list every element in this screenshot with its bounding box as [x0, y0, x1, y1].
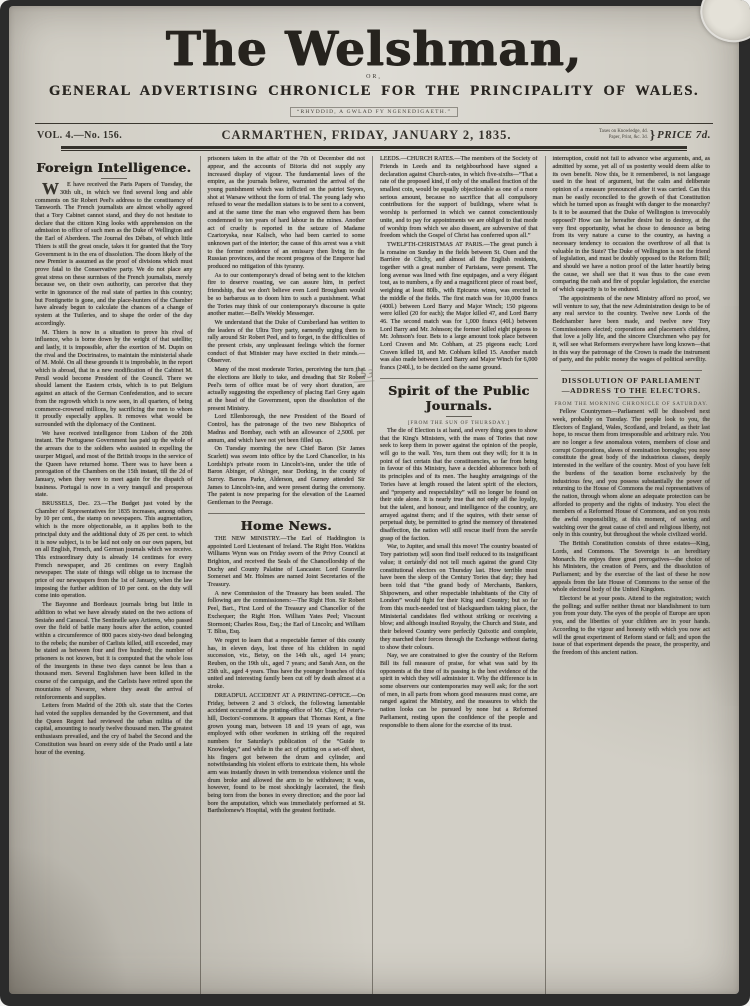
- tax-note-line2: Paper, Print, &c. 3d.: [599, 135, 648, 141]
- page-columns: Foreign Intelligence.WE have received th…: [35, 156, 717, 994]
- article-paragraph: interruption, could not fail to advance …: [553, 156, 711, 295]
- article-paragraph: We regret to learn that a respectable fa…: [208, 638, 366, 692]
- section-head: Foreign Intelligence.: [35, 160, 193, 175]
- article-paragraph: Lord Ellenborough, the new President of …: [208, 414, 366, 445]
- article-paragraph: WE have received the Paris Papers of Tue…: [35, 182, 193, 328]
- heading-rule: [618, 397, 644, 398]
- article-paragraph: The appointments of the new Ministry aff…: [553, 296, 711, 365]
- source-line: FROM THE MORNING CHRONICLE OF SATURDAY.: [553, 401, 711, 407]
- article-paragraph: M. Thiers is now in a situation to prove…: [35, 330, 193, 430]
- pencil-mark-152: 152: [413, 555, 431, 566]
- article-paragraph: Fellow Countrymen—Parliament will be dis…: [553, 409, 711, 540]
- dateline: VOL. 4.—No. 156. CARMARTHEN, FRIDAY, JAN…: [35, 123, 713, 151]
- article-paragraph: A new Commission of the Treasury has bee…: [208, 591, 366, 637]
- section-head: Spirit of the Public Journals.: [380, 378, 538, 413]
- volume-number: VOL. 4.—No. 156.: [37, 130, 187, 141]
- masthead-thin-rule: [61, 150, 687, 151]
- article-paragraph: We understand that the Duke of Cumberlan…: [208, 320, 366, 366]
- article-paragraph: Letters from Madrid of the 20th ult. sta…: [35, 703, 193, 757]
- publication-dateline: CARMARTHEN, FRIDAY, JANUARY 2, 1835.: [187, 128, 546, 143]
- column-2: prisoners taken in the affair of the 7th…: [200, 156, 373, 994]
- source-line: [FROM THE SUN OF THURSDAY.]: [380, 420, 538, 426]
- newspaper-title: The Welshman,: [9, 28, 739, 72]
- article-paragraph: Many of the most moderate Tories, percei…: [208, 367, 366, 413]
- article-paragraph: We have received intelligence from Lisbo…: [35, 431, 193, 500]
- article-paragraph: On Tuesday morning the new Chief Baron (…: [208, 446, 366, 508]
- masthead-thick-rule: [61, 146, 687, 149]
- article-paragraph: The die of Election is at hand, and ever…: [380, 428, 538, 544]
- pencil-mark-153: 153: [353, 367, 375, 382]
- heading-rule: [446, 416, 472, 417]
- article-paragraph: LEEDS.—CHURCH RATES.—The members of the …: [380, 156, 538, 241]
- masthead-or-label: OR,: [9, 74, 739, 80]
- article-paragraph: prisoners taken in the affair of the 7th…: [208, 156, 366, 272]
- article-paragraph: The British Constitution consists of thr…: [553, 541, 711, 595]
- article-paragraph: DREADFUL ACCIDENT AT A PRINTING-OFFICE.—…: [208, 693, 366, 816]
- article-paragraph: Electors! be at your posts. Attend to th…: [553, 596, 711, 658]
- masthead: The Welshman, OR, GENERAL ADVERTISING CH…: [9, 6, 739, 118]
- article-paragraph: War, to Jupiter, and small this move! Th…: [380, 544, 538, 652]
- newspaper-page: The Welshman, OR, GENERAL ADVERTISING CH…: [9, 6, 739, 994]
- heading-rule: [101, 178, 127, 179]
- article-paragraph: BRUSSELS, Dec. 23.—The Budget just voted…: [35, 501, 193, 601]
- masthead-motto: “RHYDDID, A GWLAD FY NGENEDIGAETH.”: [290, 107, 458, 117]
- brace-glyph: }: [650, 127, 655, 143]
- article-paragraph: TWELFTH-CHRISTMAS AT PARIS.—The great pu…: [380, 242, 538, 373]
- article-paragraph: The Bayonne and Bordeaux journals bring …: [35, 602, 193, 702]
- column-3: LEEDS.—CHURCH RATES.—The members of the …: [372, 156, 545, 994]
- article-paragraph: THE NEW MINISTRY.—The Earl of Haddington…: [208, 536, 366, 590]
- newspaper-scan: The Welshman, OR, GENERAL ADVERTISING CH…: [0, 0, 750, 1006]
- newspaper-subtitle: GENERAL ADVERTISING CHRONICLE FOR THE PR…: [9, 83, 739, 100]
- caps-head: DISSOLUTION OF PARLIAMENT—ADDRESS TO THE…: [561, 370, 703, 395]
- article-paragraph: Nay, we are constrained to give the coun…: [380, 653, 538, 730]
- article-paragraph: As to our contemporary's dread of being …: [208, 273, 366, 319]
- column-4: interruption, could not fail to advance …: [545, 156, 718, 994]
- tax-note: Taxes on Knowledge, 4d. Paper, Print, &c…: [599, 129, 648, 140]
- price-label: PRICE 7d.: [657, 129, 711, 141]
- column-1: Foreign Intelligence.WE have received th…: [35, 156, 200, 994]
- section-head: Home News.: [208, 513, 366, 533]
